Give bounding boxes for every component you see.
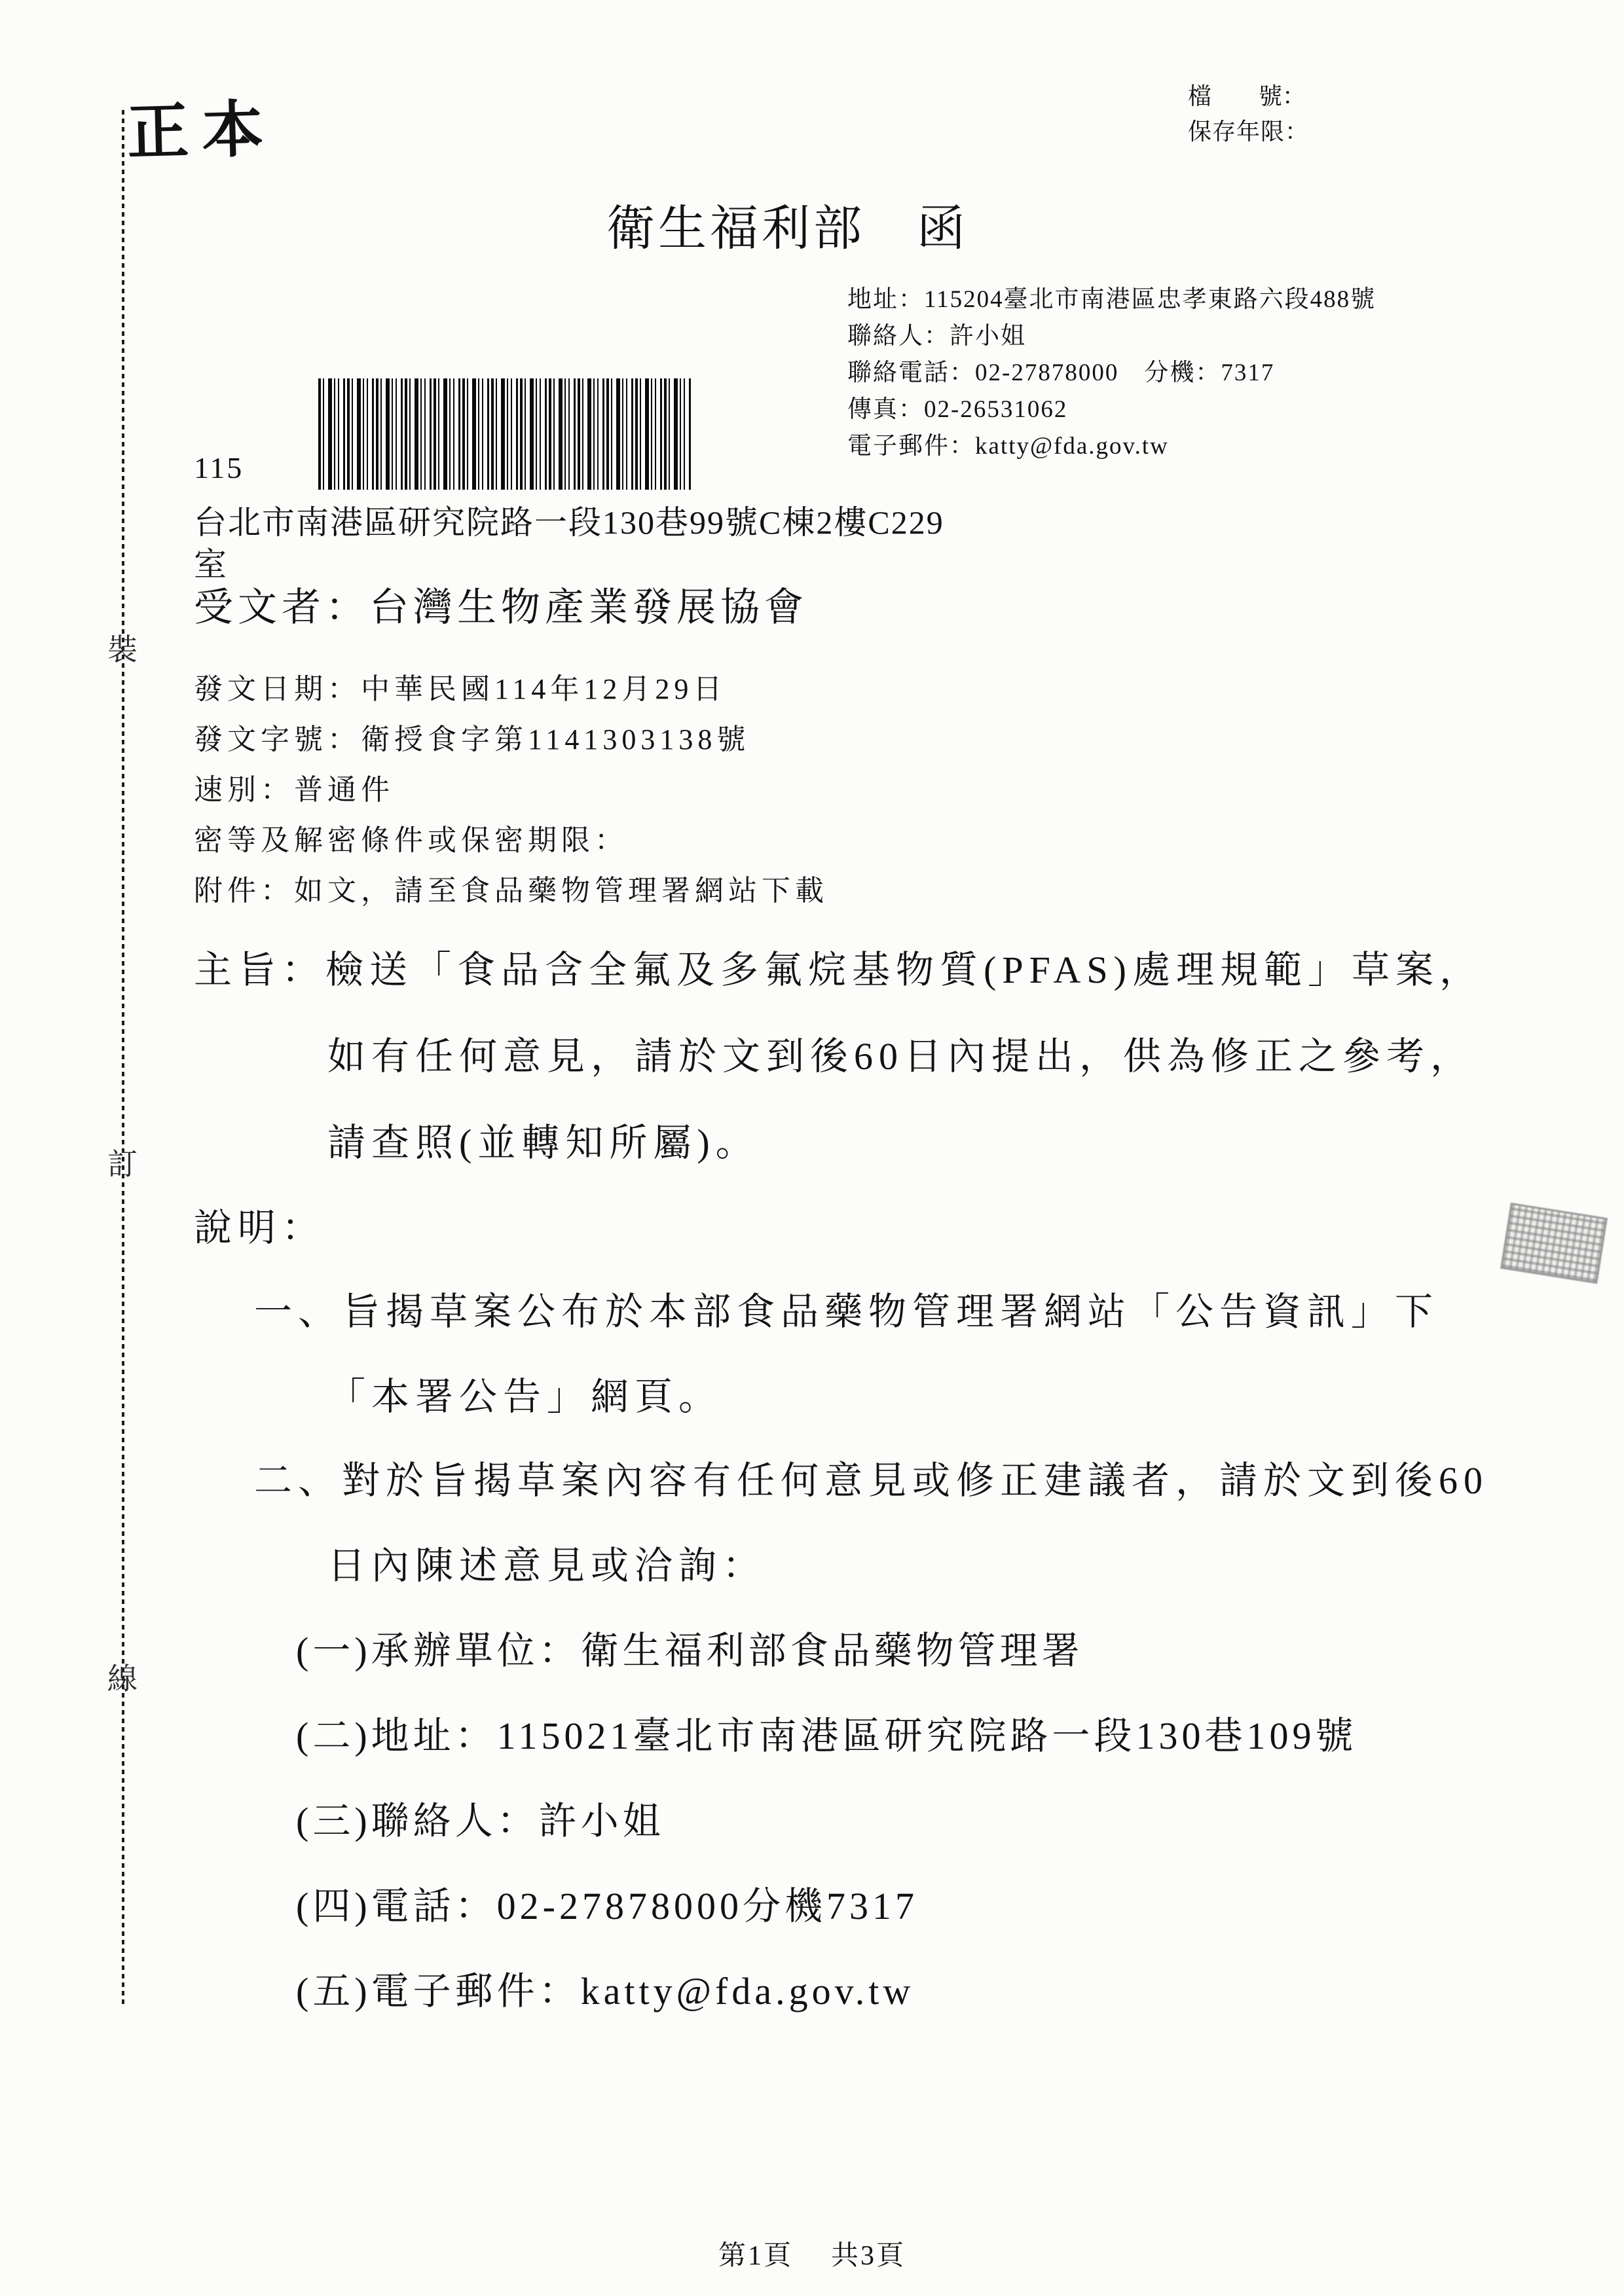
page-number: 第1頁 <box>718 2234 793 2273</box>
reference-number: 發文字號：衛授食字第1141303138號 <box>194 714 828 765</box>
recipient-line: 受文者：台灣生物產業發展協會 <box>194 576 808 632</box>
binding-dotted-line <box>122 110 124 2007</box>
sender-fax: 傳真：02-26531062 <box>847 392 1376 428</box>
contact-email-line: (五)電子郵件：katty@fda.gov.tw <box>296 1960 914 2015</box>
document-title: 衛生福利部 函 <box>606 190 969 259</box>
attachment-note: 附件：如文，請至食品藥物管理署網站下載 <box>194 866 828 916</box>
subject-line1: 主旨：檢送「食品含全氟及多氟烷基物質(PFAS)處理規範」草案， <box>194 939 1483 994</box>
file-number-label-left: 檔 <box>1188 79 1211 114</box>
contact-phone-line: (四)電話：02-27878000分機7317 <box>296 1875 918 1930</box>
explanation-heading: 說明： <box>194 1197 325 1252</box>
recipient-postal-code: 115 <box>194 450 244 485</box>
explanation-item2-line2: 日內陳述意見或洽詢： <box>327 1535 766 1590</box>
binding-mark-xian: 線 <box>105 1655 140 1698</box>
page-footer: 第1頁 共3頁 <box>718 2234 906 2273</box>
file-number-row: 檔 號： <box>1188 79 1306 114</box>
sender-contact-person: 聯絡人：許小姐 <box>847 318 1376 355</box>
security-classification: 密等及解密條件或保密期限： <box>194 815 828 866</box>
binding-mark-zhuang: 裝 <box>105 626 140 669</box>
receipt-stamp <box>1500 1203 1608 1284</box>
explanation-item1-line2: 「本署公告」網頁。 <box>327 1366 722 1421</box>
explanation-item1-line1: 一、旨揭草案公布於本部食品藥物管理署網站「公告資訊」下 <box>254 1281 1439 1336</box>
document-meta-block: 發文日期：中華民國114年12月29日 發文字號：衛授食字第1141303138… <box>194 664 828 916</box>
sender-address: 地址：115204臺北市南港區忠孝東路六段488號 <box>847 282 1376 318</box>
sender-email: 電子郵件：katty@fda.gov.tw <box>847 428 1376 465</box>
contact-unit-line: (一)承辦單位：衛生福利部食品藥物管理署 <box>296 1620 1084 1675</box>
subject-line2: 如有任何意見，請於文到後60日內提出，供為修正之參考， <box>327 1025 1474 1080</box>
explanation-item2-line1: 二、對於旨揭草案內容有任何意見或修正建議者，請於文到後60 <box>254 1449 1488 1504</box>
subject-line3: 請查照(並轉知所屬)。 <box>327 1112 760 1167</box>
total-pages: 共3頁 <box>831 2234 906 2273</box>
sender-contact-block: 地址：115204臺北市南港區忠孝東路六段488號 聯絡人：許小姐 聯絡電話：0… <box>847 282 1376 465</box>
official-letter-page: 裝 訂 線 正本 檔 號： 保存年限： 衛生福利部 函 地址：115204臺北市… <box>0 0 1624 2296</box>
original-copy-label: 正本 <box>126 79 277 172</box>
delivery-speed: 速別：普通件 <box>194 765 828 815</box>
binding-mark-ding: 訂 <box>105 1140 140 1184</box>
issue-date: 發文日期：中華民國114年12月29日 <box>194 664 828 714</box>
retention-period-label: 保存年限： <box>1188 114 1306 149</box>
contact-person-line: (三)聯絡人：許小姐 <box>296 1790 665 1845</box>
sender-phone: 聯絡電話：02-27878000 分機：7317 <box>847 355 1376 392</box>
contact-address-line: (二)地址：115021臺北市南港區研究院路一段130巷109號 <box>296 1705 1357 1760</box>
file-number-block: 檔 號： 保存年限： <box>1188 79 1306 149</box>
barcode <box>318 378 692 490</box>
recipient-mail-address-line1: 台北市南港區研究院路一段130巷99號C棟2樓C229 <box>194 496 944 543</box>
file-number-label-right: 號： <box>1259 79 1306 114</box>
